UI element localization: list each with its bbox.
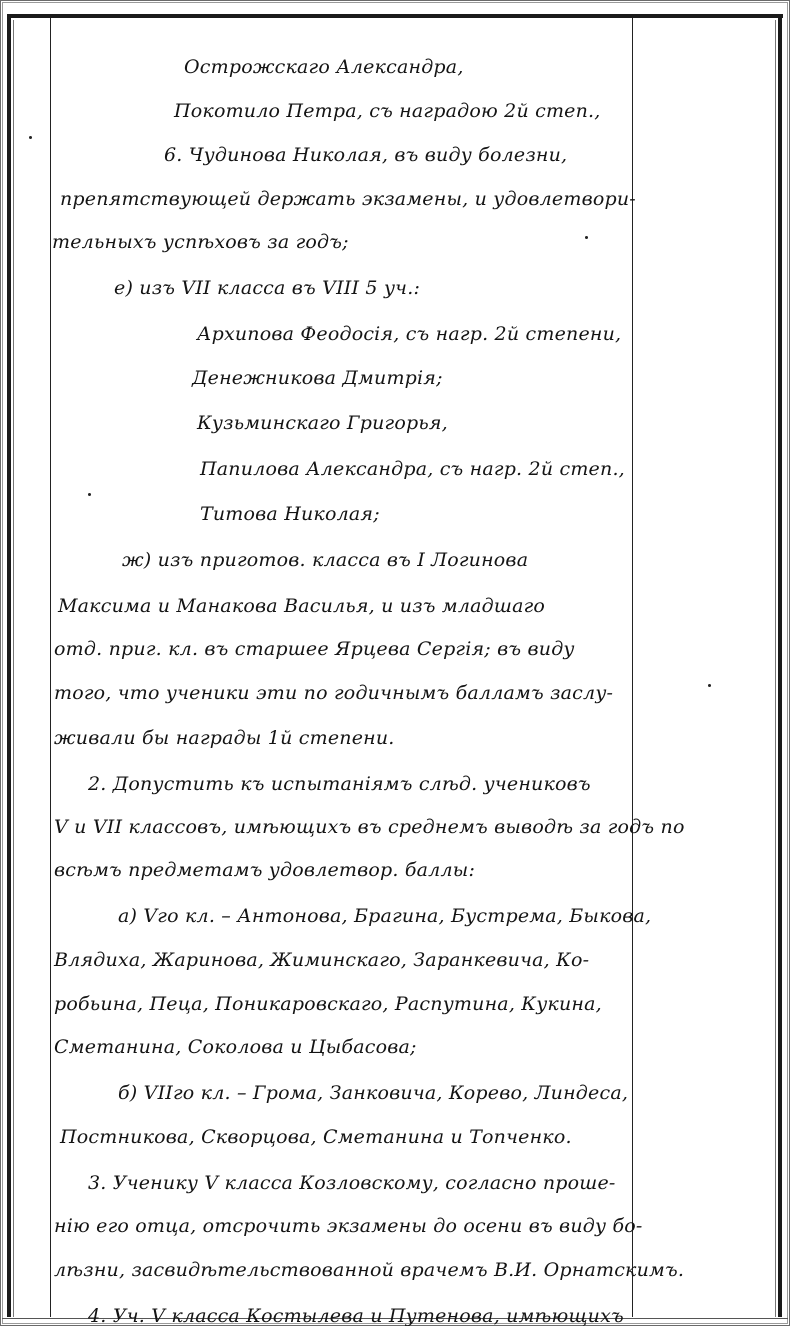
text-line: отд. приг. кл. въ старшее Ярцева Сергія;… <box>54 638 575 660</box>
text-line: Титова Николая; <box>200 503 380 525</box>
page-border-left-thin <box>13 20 14 1317</box>
text-line: е) изъ VII класса въ VIII 5 уч.: <box>114 277 420 299</box>
text-line: Влядиха, Жаринова, Жиминскаго, Заранкеви… <box>54 949 589 971</box>
page-border-right <box>778 14 782 1317</box>
text-line: ж) изъ приготов. класса въ I Логинова <box>122 549 528 571</box>
text-line: Архипова Феодосія, съ нагр. 2й степени, <box>197 323 621 345</box>
page-border-left <box>7 14 11 1317</box>
text-line: Папилова Александра, съ нагр. 2й степ., <box>200 458 625 480</box>
text-line: тельныхъ успѣховъ за годъ; <box>52 231 349 253</box>
text-line: всѣмъ предметамъ удовлетвор. баллы: <box>54 859 475 881</box>
ink-speck <box>29 136 32 139</box>
text-line: препятствующей держать экзамены, и удовл… <box>60 188 636 210</box>
text-line: Постникова, Скворцова, Сметанина и Топче… <box>60 1126 572 1148</box>
text-line: лѣзни, засвидѣтельствованной врачемъ В.И… <box>54 1259 684 1281</box>
text-line: Кузьминскаго Григорья, <box>197 412 448 434</box>
text-line: V и VII классовъ, имѣющихъ въ среднемъ в… <box>54 816 685 838</box>
text-line: нію его отца, отсрочить экзамены до осен… <box>54 1215 643 1237</box>
text-line: 2. Допустить къ испытаніямъ слѣд. ученик… <box>88 773 591 795</box>
left-margin-line <box>50 18 51 1317</box>
text-line: Денежникова Дмитрія; <box>192 367 443 389</box>
text-line: Острожскаго Александра, <box>184 56 464 78</box>
text-line: Максима и Манакова Василья, и изъ младша… <box>58 595 545 617</box>
text-line: Сметанина, Соколова и Цыбасова; <box>54 1036 417 1058</box>
text-line: 6. Чудинова Николая, въ виду болезни, <box>164 144 567 166</box>
text-line: 3. Ученику V класса Козловскому, согласн… <box>88 1172 616 1194</box>
page-border-right-thin <box>775 20 776 1317</box>
text-line: 4. Уч. V класса Костылева и Путенова, им… <box>88 1305 624 1326</box>
text-line: Покотило Петра, съ наградою 2й степ., <box>174 100 601 122</box>
text-line: а) Vго кл. – Антонова, Брагина, Бустрема… <box>118 905 651 927</box>
manuscript-text: Острожскаго Александра, Покотило Петра, … <box>52 0 652 1326</box>
text-line: живали бы награды 1й степени. <box>54 727 395 749</box>
text-line: робьина, Пеца, Поникаровскаго, Распутина… <box>54 993 602 1015</box>
ink-speck <box>708 684 711 687</box>
text-line: того, что ученики эти по годичнымъ балла… <box>54 682 613 704</box>
text-line: б) VIIго кл. – Грома, Занковича, Корево,… <box>118 1082 628 1104</box>
